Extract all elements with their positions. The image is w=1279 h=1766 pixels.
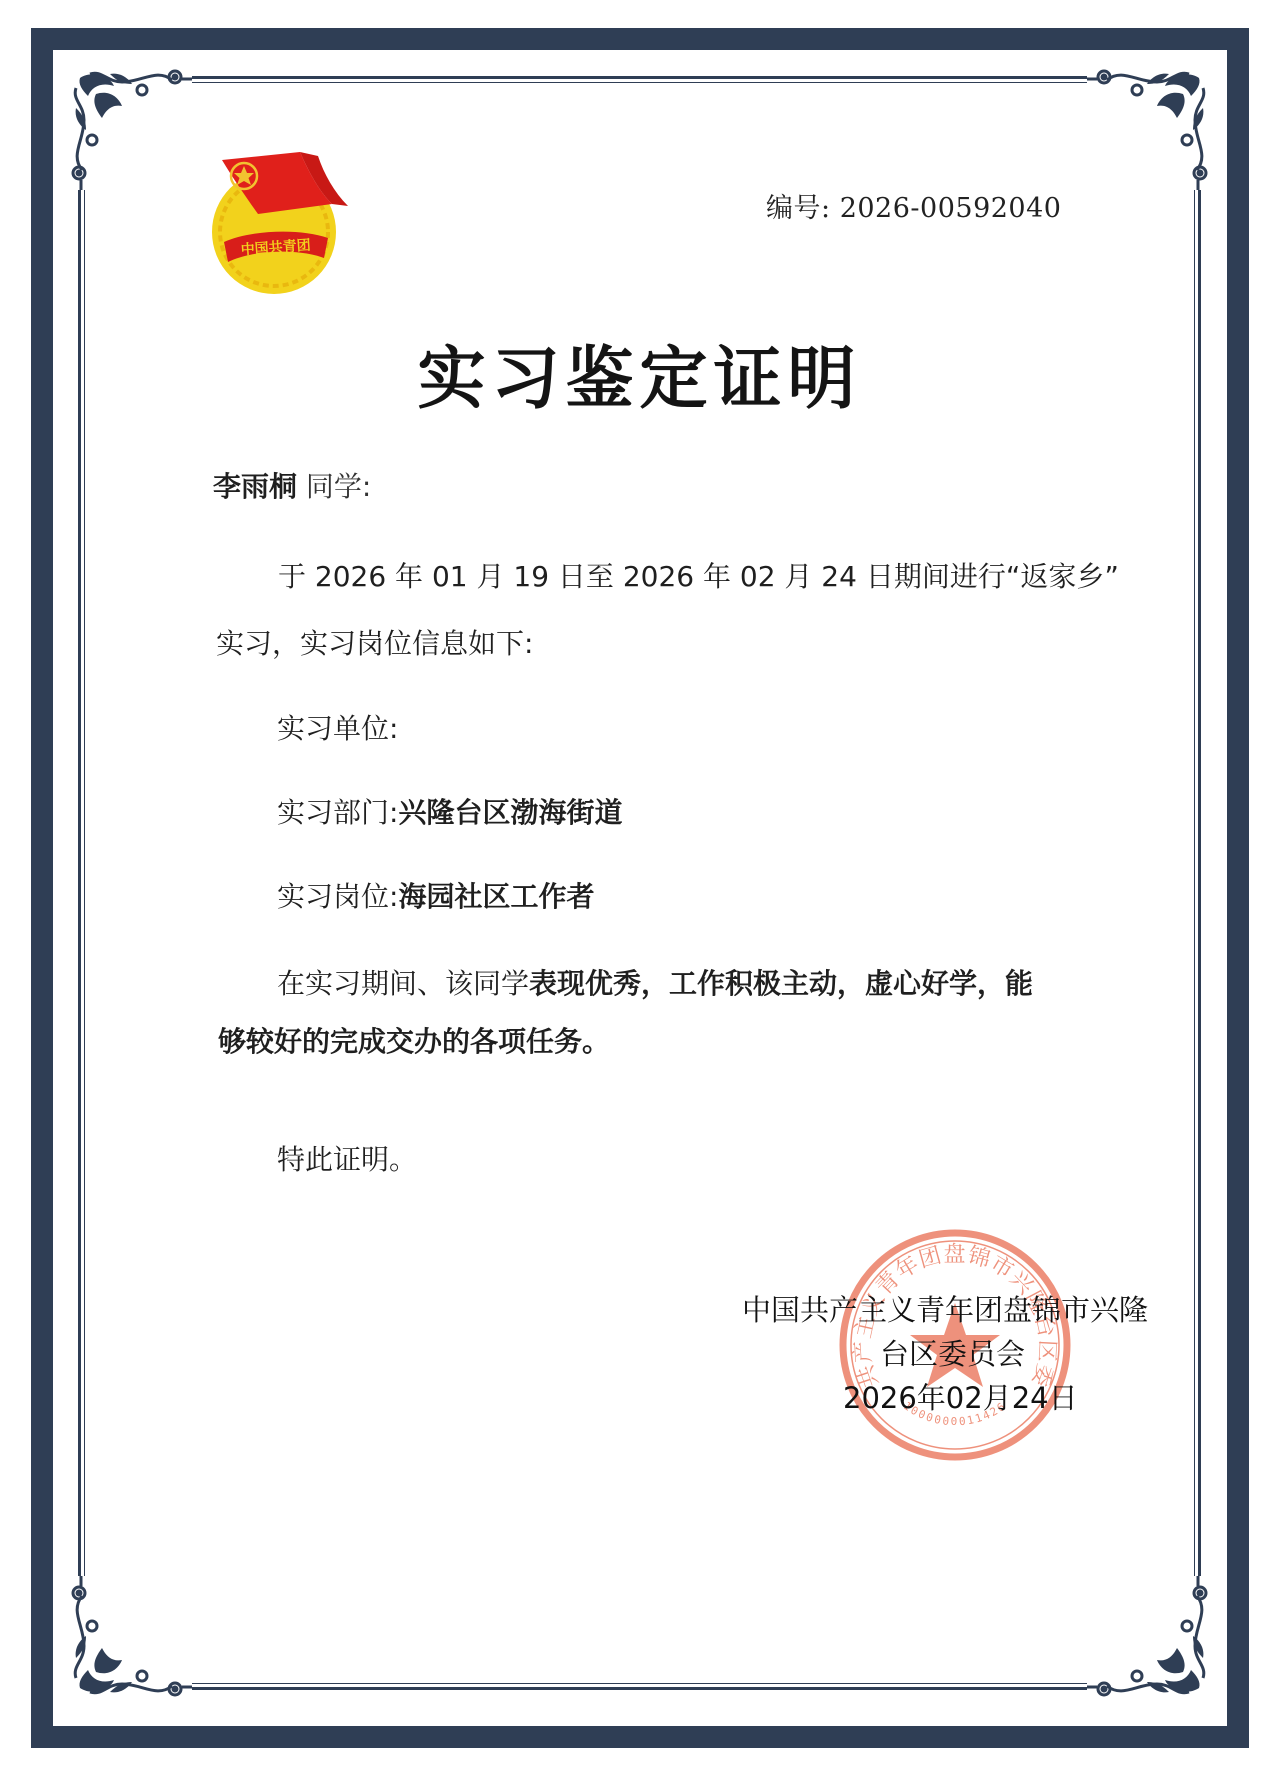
intro-line-2: 实习，实习岗位信息如下: xyxy=(216,627,533,661)
evaluation-line-1: 在实习期间、该同学表现优秀，工作积极主动，虚心好学，能 xyxy=(277,967,1033,1001)
salutation-suffix: 同学: xyxy=(306,470,371,503)
field-internship-position: 实习岗位:海园社区工作者 xyxy=(277,880,594,914)
field-value: 兴隆台区渤海街道 xyxy=(398,796,622,829)
issuer-organization-line-1: 中国共产主义青年团盘锦市兴隆 xyxy=(742,1288,1148,1329)
corner-ornament-bottom-right-icon xyxy=(1087,1576,1217,1706)
issuer-organization-line-2: 台区委员会 xyxy=(880,1332,1025,1373)
certificate-serial-number: 编号: 2026-00592040 xyxy=(766,186,1061,225)
field-label: 实习部门: xyxy=(277,796,398,829)
field-value: 海园社区工作者 xyxy=(398,880,594,913)
corner-ornament-top-left-icon xyxy=(62,60,192,190)
certificate-title: 实习鉴定证明 xyxy=(0,325,1279,422)
corner-ornament-bottom-left-icon xyxy=(62,1576,192,1706)
evaluation-plain: 在实习期间、该同学 xyxy=(277,967,529,1000)
salutation: 李雨桐 同学: xyxy=(213,470,371,504)
evaluation-line-2: 够较好的完成交办的各项任务。 xyxy=(218,1025,610,1059)
intro-line-1: 于 2026 年 01 月 19 日至 2026 年 02 月 24 日期间进行… xyxy=(278,560,1119,594)
evaluation-bold: 表现优秀，工作积极主动，虚心好学，能 xyxy=(529,967,1033,1000)
field-label: 实习岗位: xyxy=(277,880,398,913)
serial-label: 编号 xyxy=(766,193,821,224)
serial-value: 2026-00592040 xyxy=(840,193,1062,224)
corner-ornament-top-right-icon xyxy=(1087,60,1217,190)
field-label: 实习单位: xyxy=(277,712,398,745)
field-internship-department: 实习部门:兴隆台区渤海街道 xyxy=(277,796,622,830)
youth-league-emblem-icon: 中国共青团 xyxy=(200,140,360,300)
issue-date: 2026年02月24日 xyxy=(843,1376,1078,1417)
closing-statement: 特此证明。 xyxy=(277,1143,417,1177)
serial-separator: : xyxy=(821,193,831,224)
field-internship-unit: 实习单位: xyxy=(277,712,398,746)
student-name: 李雨桐 xyxy=(213,470,297,503)
